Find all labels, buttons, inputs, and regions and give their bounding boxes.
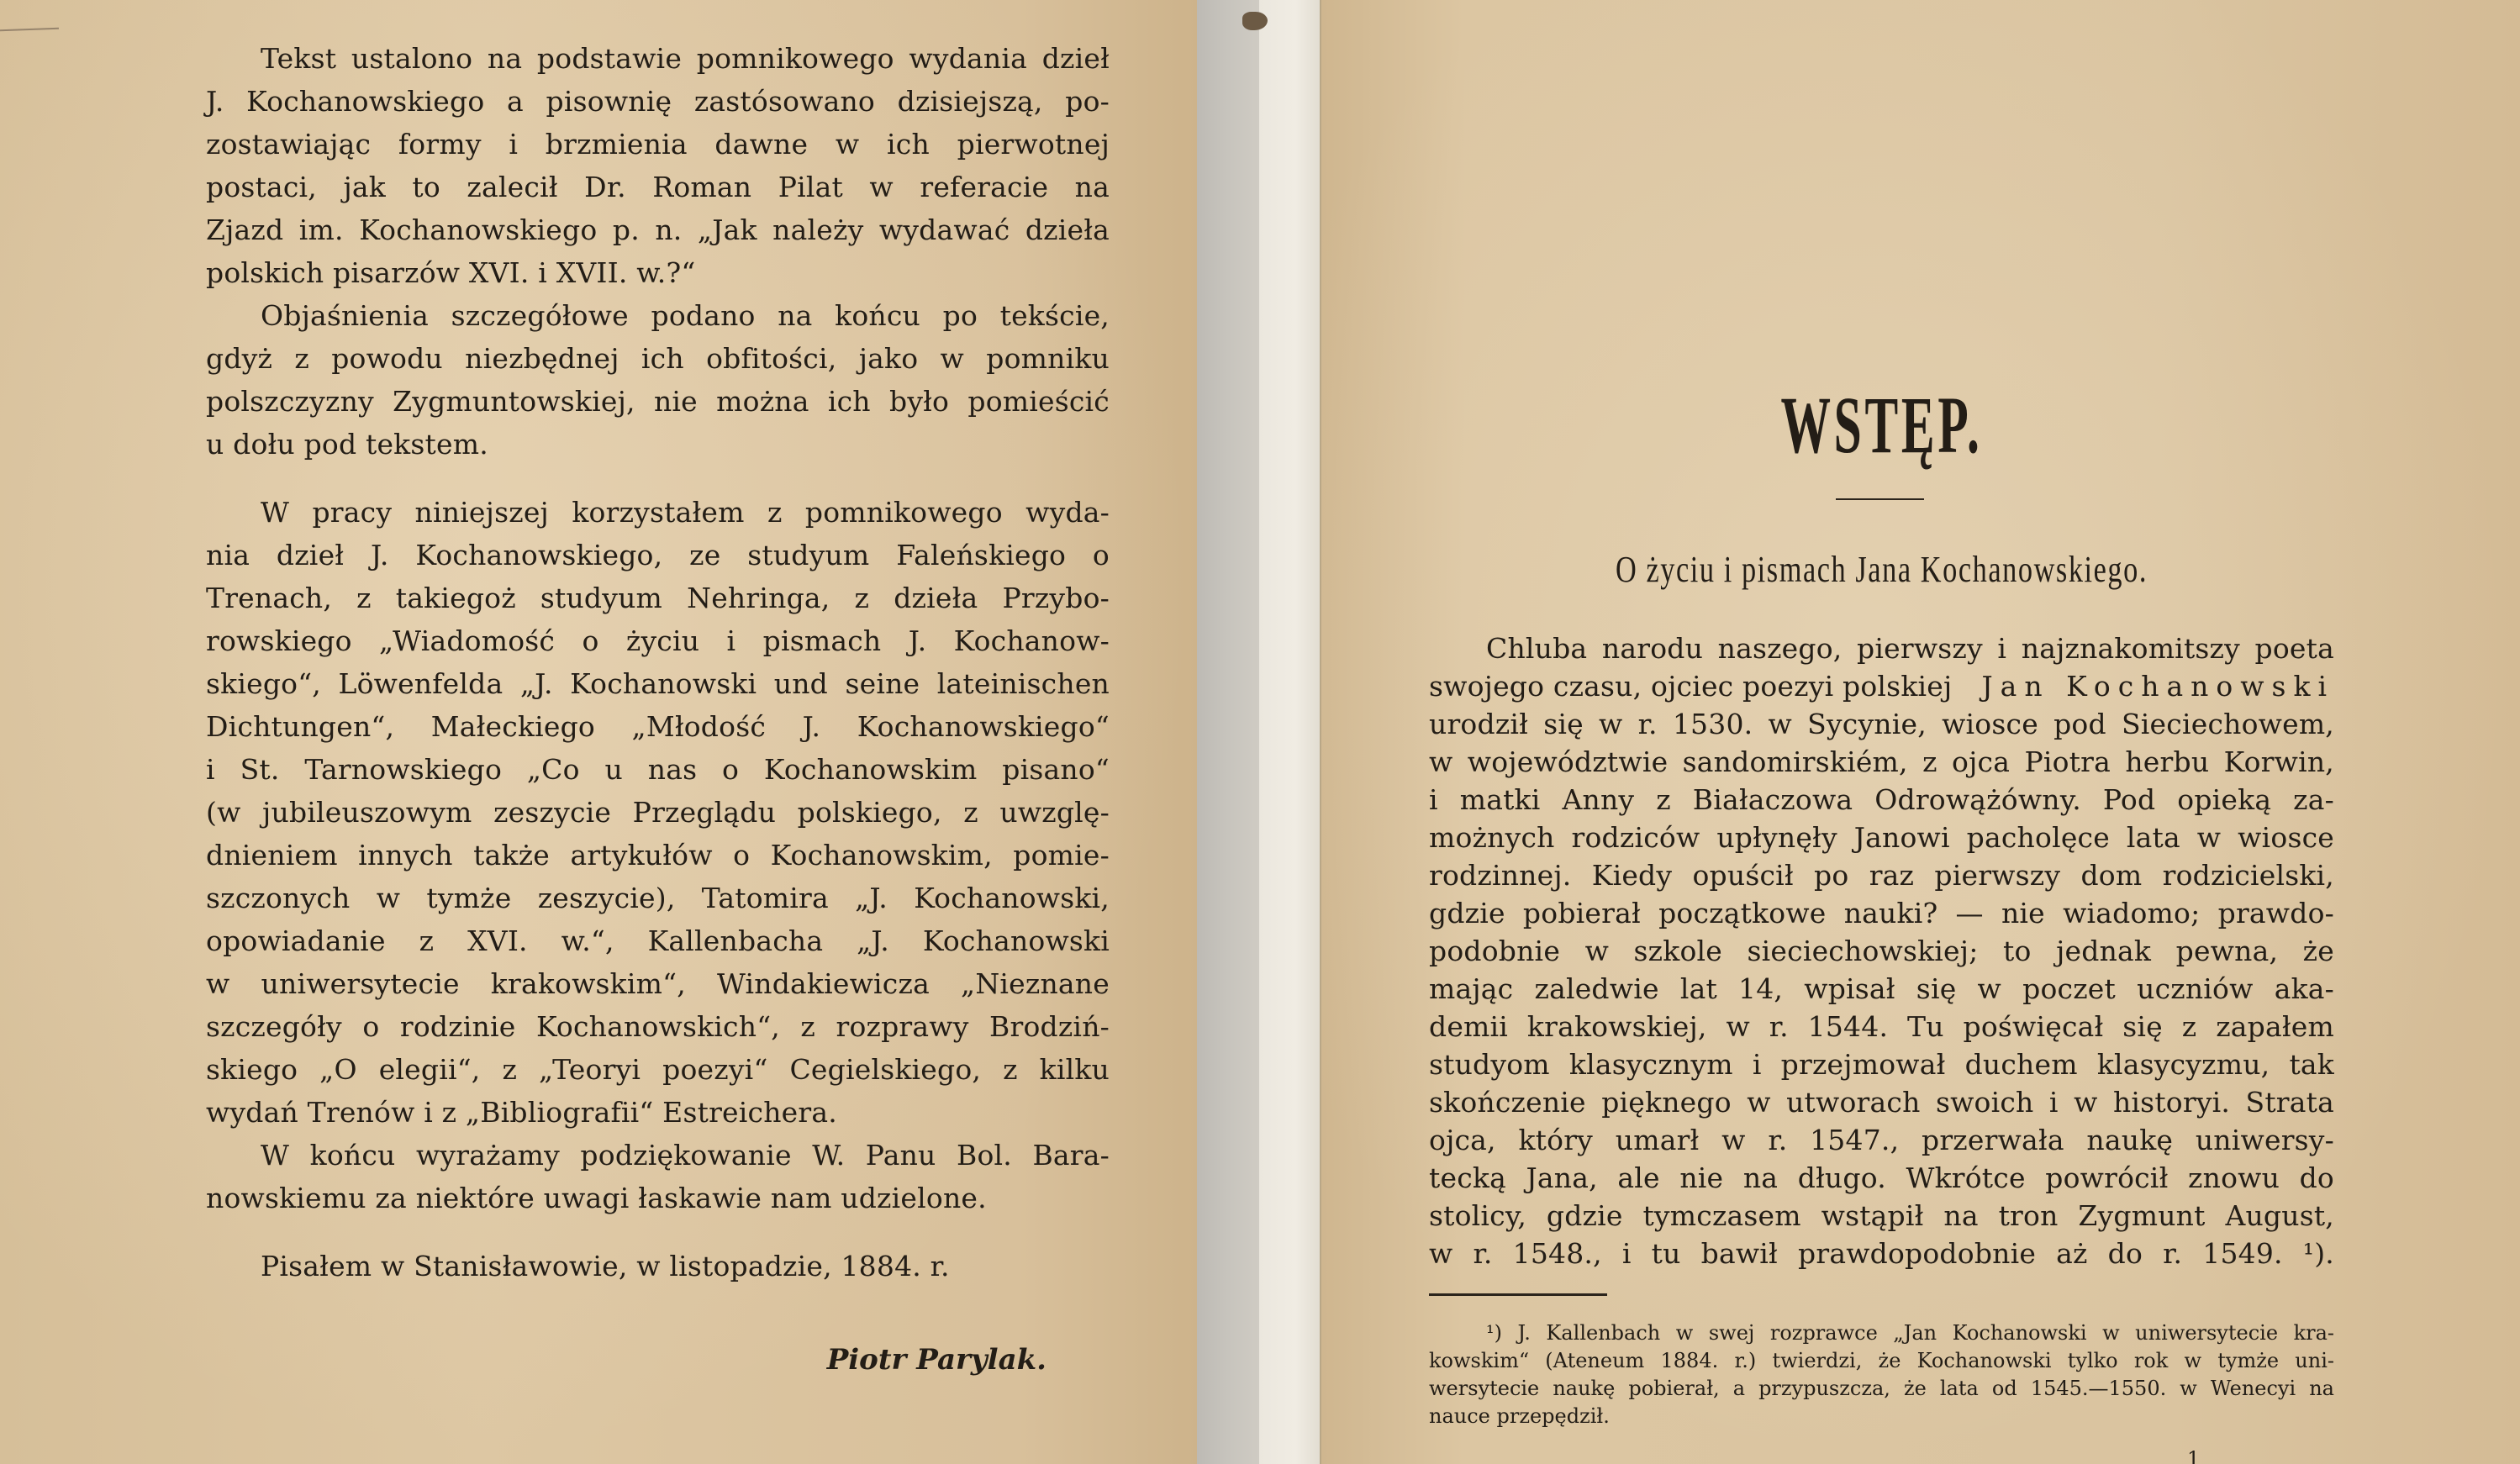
author-signature: Piotr Parylak. xyxy=(794,1343,1046,1377)
text-line: W końcu wyrażamy podziękowanie W. Panu B… xyxy=(261,1139,1110,1172)
text-line: Objaśnienia szczegółowe podano na końcu … xyxy=(261,299,1110,333)
text-line: demii krakowskiej, w r. 1544. Tu poświęc… xyxy=(1429,1010,2334,1044)
text-line: i matki Anny z Białaczowa Odrowążówny. P… xyxy=(1429,783,2334,817)
footnote-line: kowskim“ (Ateneum 1884. r.) twierdzi, że… xyxy=(1429,1348,2334,1373)
page-number: 1 xyxy=(2187,1447,2200,1464)
text-line: podobnie w szkole sieciechowskiej; to je… xyxy=(1429,935,2334,968)
text-line: nia dzieł J. Kochanowskiego, ze studyum … xyxy=(206,539,1110,572)
chapter-subtitle: O życiu i pismach Jana Kochanowskiego. xyxy=(1528,548,2234,591)
text-line: rowskiego „Wiadomość o życiu i pismach J… xyxy=(206,624,1110,658)
text-line: szczegóły o rodzinie Kochanowskich“, z r… xyxy=(206,1010,1110,1044)
text-line: Tekst ustalono na podstawie pomnikowego … xyxy=(261,42,1110,76)
text-line: u dołu pod tekstem. xyxy=(206,428,1110,461)
heading-divider xyxy=(1836,498,1924,500)
text-line: urodził się w r. 1530. w Sycynie, wiosce… xyxy=(1429,708,2334,741)
paper-tear-mark xyxy=(0,28,59,31)
text-line: dnieniem innych także artykułów o Kochan… xyxy=(206,839,1110,872)
text-line: gdzie pobierał początkowe nauki? — nie w… xyxy=(1429,897,2334,930)
text-line: swojego czasu, ojciec poezyi polskiej Ja… xyxy=(1429,670,2334,703)
text-line: w r. 1548., i tu bawił prawdopodobnie aż… xyxy=(1429,1237,2334,1271)
text-line: gdyż z powodu niezbędnej ich obfitości, … xyxy=(206,342,1110,376)
text-line: W pracy niniejszej korzystałem z pomniko… xyxy=(261,496,1110,529)
text-line: J. Kochanowskiego a pisownię zastósowano… xyxy=(206,85,1110,118)
text-line: ojca, który umarł w r. 1547., przerwała … xyxy=(1429,1124,2334,1157)
book-gutter-binding xyxy=(1259,0,1321,1464)
text-line: możnych rodziców upłynęły Janowi pacholę… xyxy=(1429,821,2334,855)
text-line: Zjazd im. Kochanowskiego p. n. „Jak nale… xyxy=(206,213,1110,247)
text-line: w województwie sandomirskiém, z ojca Pio… xyxy=(1429,745,2334,779)
text-line: Dichtungen“, Małeckiego „Młodość J. Koch… xyxy=(206,710,1110,744)
text-line: polskich pisarzów XVI. i XVII. w.?“ xyxy=(206,256,1110,290)
spaced-author-name: Jan Kochanowski xyxy=(1981,670,2334,703)
text-line: i St. Tarnowskiego „Co u nas o Kochanows… xyxy=(206,753,1110,787)
text-line: tecką Jana, ale nie na długo. Wkrótce po… xyxy=(1429,1161,2334,1195)
text-line: nowskiemu za niektóre uwagi łaskawie nam… xyxy=(206,1182,1110,1215)
text-line: skiego „O elegii“, z „Teoryi poezyi“ Ceg… xyxy=(206,1053,1110,1087)
footnote-line: ¹) J. Kallenbach w swej rozprawce „Jan K… xyxy=(1486,1320,2334,1346)
text-line: skiego“, Löwenfelda „J. Kochanowski und … xyxy=(206,667,1110,701)
text-line: Trenach, z takiegoż studyum Nehringa, z … xyxy=(206,582,1110,615)
text-line: wydań Trenów i z „Bibliografii“ Estreich… xyxy=(206,1096,1110,1130)
text-line: rodzinnej. Kiedy opuścił po raz pierwszy… xyxy=(1429,859,2334,893)
book-gutter-shadow xyxy=(1197,0,1259,1464)
text-line: (w jubileuszowym zeszycie Przeglądu pols… xyxy=(206,796,1110,829)
text-line: zostawiając formy i brzmienia dawne w ic… xyxy=(206,128,1110,161)
text-line: studyom klasycznym i przejmował duchem k… xyxy=(1429,1048,2334,1082)
text-fragment: swojego czasu, ojciec poezyi polskiej xyxy=(1429,670,1952,703)
chapter-heading: WSTĘP. xyxy=(1601,378,2163,471)
text-line: szczonych w tymże zeszycie), Tatomira „J… xyxy=(206,882,1110,915)
text-line: Chluba narodu naszego, pierwszy i najzna… xyxy=(1486,632,2334,666)
text-line: skończenie pięknego w utworach swoich i … xyxy=(1429,1086,2334,1119)
place-date-line: Pisałem w Stanisławowie, w listopadzie, … xyxy=(261,1250,1110,1283)
footnote-line: nauce przepędził. xyxy=(1429,1403,2334,1429)
footnote-divider xyxy=(1429,1293,1607,1296)
footnote-line: wersytecie naukę pobierał, a przypuszcza… xyxy=(1429,1376,2334,1401)
text-line: stolicy, gdzie tymczasem wstąpił na tron… xyxy=(1429,1199,2334,1233)
text-line: mając zaledwie lat 14, wpisał się w pocz… xyxy=(1429,972,2334,1006)
text-line: w uniwersytecie krakowskim“, Windakiewic… xyxy=(206,967,1110,1001)
text-line: postaci, jak to zalecił Dr. Roman Pilat … xyxy=(206,171,1110,204)
text-line: polszczyzny Zygmuntowskiej, nie można ic… xyxy=(206,385,1110,419)
text-line: opowiadanie z XVI. w.“, Kallenbacha „J. … xyxy=(206,924,1110,958)
